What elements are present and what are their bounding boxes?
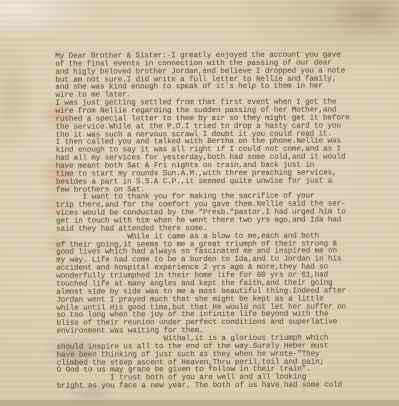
letter-body: My Dear Brother & Sister:-I greatly enjo… bbox=[55, 52, 376, 391]
letter-line: bright as you face a new year. The both … bbox=[57, 382, 377, 391]
edge-stain bbox=[0, 40, 36, 160]
corner-crease-stain bbox=[330, 0, 399, 40]
letter-paper: My Dear Brother & Sister:-I greatly enjo… bbox=[0, 0, 399, 400]
